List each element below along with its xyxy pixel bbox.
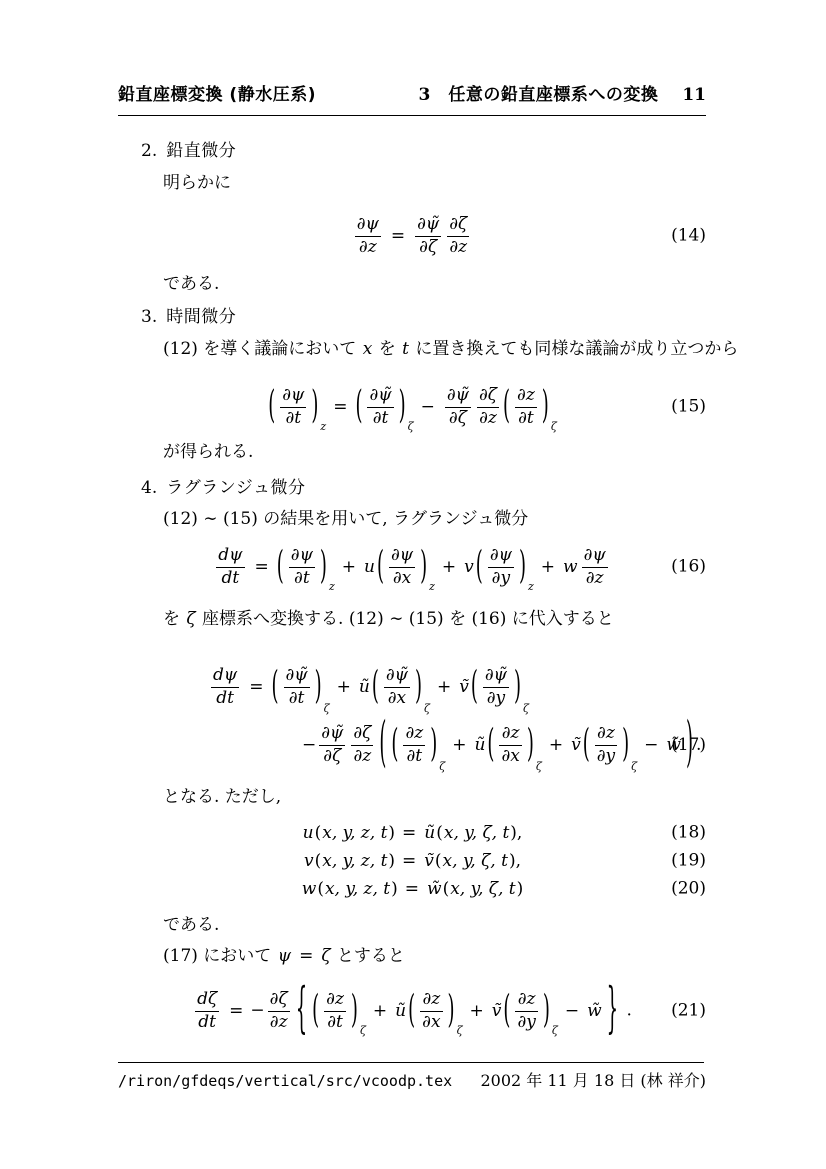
item2-outro-text: である.	[118, 273, 751, 296]
math-den: ∂y	[595, 745, 617, 767]
math-delim: )	[542, 388, 549, 427]
math-frac: ∂ψ̃∂y	[483, 665, 509, 709]
math-group: (∂z∂y)ζ	[502, 989, 557, 1033]
math-var: ψ	[278, 946, 291, 966]
math-frac: dζdt	[195, 989, 219, 1033]
list-item-3-title: 時間微分	[166, 307, 236, 327]
math-text: に置き換えても同様な議論が成り立つから	[410, 339, 738, 359]
page-footer: /riron/gfdeqs/vertical/src/vcoodp.tex 20…	[118, 1070, 706, 1092]
math-group: (∂ψ∂t)z	[267, 385, 326, 429]
math-nu: ∂z	[403, 723, 425, 744]
equation-15-number: (15)	[671, 396, 706, 419]
math-body: ∂ψ∂t	[276, 385, 310, 429]
math-delim: (	[391, 726, 398, 765]
math-body: ∂ψ̃∂t	[280, 665, 314, 709]
equation-15-math: (∂ψ∂t)z=(∂ψ̃∂t)ζ−∂ψ̃∂ζ∂ζ∂z(∂z∂t)ζ	[267, 385, 557, 429]
math-frac: ∂ζ∂z	[268, 989, 290, 1033]
math-op: +	[541, 557, 555, 577]
math-body: ∂ψ∂t	[285, 545, 319, 589]
math-nu: ∂ψ	[488, 545, 514, 566]
equation-16-math: dψdt=(∂ψ∂t)z+u(∂ψ∂x)z+v(∂ψ∂y)z+w∂ψ∂z	[213, 545, 610, 589]
math-den: ∂t	[284, 687, 310, 709]
math-den: ∂t	[367, 407, 393, 429]
math-var: x, y, ζ, t	[450, 879, 515, 899]
math-den: dt	[195, 1011, 219, 1033]
math-var: w̃	[587, 1001, 602, 1021]
equation-19-math: v(x, y, z, t)=ṽ(x, y, ζ, t),	[303, 850, 521, 873]
math-nu: ∂ζ	[477, 385, 499, 406]
math-body: (∂z∂t)ζ+ũ(∂z∂x)ζ+ṽ(∂z∂y)ζ−w̃	[310, 989, 604, 1033]
equation-20-math: w(x, y, z, t)=w̃(x, y, ζ, t)	[301, 878, 524, 901]
math-group: ((∂z∂t)ζ+ũ(∂z∂x)ζ+ṽ(∂z∂y)ζ−w̃)	[376, 723, 696, 767]
math-frac: dψdt	[216, 545, 244, 589]
math-delim: }	[607, 984, 618, 1038]
psi-zeta-line: (17) において ψ=ζ とすると	[118, 945, 751, 968]
math-op: =	[249, 677, 263, 697]
math-nu: ∂ζ	[268, 989, 290, 1010]
math-text: を	[163, 609, 185, 629]
math-text: )	[391, 879, 398, 899]
math-frac: ∂z∂y	[515, 989, 537, 1033]
math-frac: ∂ψ̃∂t	[284, 665, 310, 709]
math-delim: )	[527, 726, 534, 765]
math-op: =	[402, 851, 416, 871]
math-var: w̃	[427, 879, 442, 899]
math-text: −	[250, 1001, 264, 1021]
math-den: ∂t	[403, 745, 425, 767]
math-frac: ∂ψ∂t	[280, 385, 306, 429]
math-delim: {	[296, 984, 307, 1038]
math-text: (	[436, 823, 443, 843]
list-item-4-heading: 4.ラグランジュ微分	[118, 477, 729, 500]
math-op: =	[299, 946, 313, 966]
math-var: ṽ	[459, 677, 469, 697]
math-frac: ∂ζ∂z	[447, 214, 469, 258]
math-text: )	[388, 823, 395, 843]
math-nu: ∂ψ̃	[483, 665, 509, 686]
equation-15: (∂ψ∂t)z=(∂ψ̃∂t)ζ−∂ψ̃∂ζ∂ζ∂z(∂z∂t)ζ (15)	[118, 374, 706, 440]
equation-18: u(x, y, z, t)=ũ(x, y, ζ, t), (18)	[118, 819, 706, 847]
math-delim: )	[430, 726, 437, 765]
math-den: ∂z	[477, 407, 499, 429]
math-nu: ∂z	[595, 723, 617, 744]
math-text: (	[443, 879, 450, 899]
equation-16-number: (16)	[671, 556, 706, 579]
equation-20: w(x, y, z, t)=w̃(x, y, ζ, t) (20)	[118, 875, 706, 903]
list-item-2-heading: 2.鉛直微分	[118, 140, 729, 163]
math-frac: ∂ψ̃∂ζ	[415, 214, 441, 258]
math-var: w	[302, 879, 317, 899]
list-item-2-number: 2.	[141, 141, 157, 161]
math-body: ∂ψ̃∂x	[380, 665, 414, 709]
math-sub: ζ	[324, 702, 330, 715]
equation-14: ∂ψ∂z=∂ψ̃∂ζ∂ζ∂z (14)	[118, 204, 706, 268]
math-frac: ∂ψ̃∂ζ	[445, 385, 471, 429]
math-frac: ∂ψ∂z	[355, 214, 381, 258]
math-group: (∂z∂x)ζ	[486, 723, 541, 767]
math-group: {(∂z∂t)ζ+ũ(∂z∂x)ζ+ṽ(∂z∂y)ζ−w̃}	[293, 989, 621, 1033]
math-text: .	[621, 1001, 632, 1021]
math-text: (17) において	[163, 946, 277, 966]
math-text: )	[388, 851, 395, 871]
math-text: −	[302, 735, 316, 755]
math-frac: ∂ζ∂z	[477, 385, 499, 429]
math-den: ∂ζ	[319, 745, 345, 767]
math-body: ∂ψ∂y	[484, 545, 518, 589]
math-body: ∂z∂x	[495, 723, 525, 767]
math-body: ∂ψ̃∂y	[479, 665, 513, 709]
math-var: ṽ	[571, 735, 581, 755]
math-delim: (	[503, 992, 510, 1031]
equation-21: dζdt=−∂ζ∂z{(∂z∂t)ζ+ũ(∂z∂x)ζ+ṽ(∂z∂y)ζ−w̃}…	[118, 975, 706, 1047]
math-frac: ∂z∂t	[515, 385, 537, 429]
math-den: ∂y	[488, 567, 514, 589]
math-delim: (	[379, 718, 386, 772]
math-var: ζ	[321, 946, 330, 966]
math-frac: ∂z∂x	[420, 989, 442, 1033]
item3-intro-text: (12) を導く議論において x を t に置き換えても同様な議論が成り立つから	[118, 338, 751, 361]
math-frac: ∂ψ̃∂ζ	[319, 723, 345, 767]
footer-divider	[118, 1062, 704, 1063]
math-sub: ζ	[523, 702, 529, 715]
list-item-3-number: 3.	[141, 307, 157, 327]
math-text: (12) を導く議論において	[163, 339, 362, 359]
math-delim: (	[471, 668, 478, 707]
math-group: (∂z∂x)ζ	[407, 989, 462, 1033]
math-var: ṽ	[492, 1001, 502, 1021]
math-nu: ∂ψ̃	[367, 385, 393, 406]
math-delim: )	[315, 668, 322, 707]
math-sub: ζ	[424, 702, 430, 715]
date-author: 2002 年 11 月 18 日 (林 祥介)	[480, 1070, 706, 1092]
math-op: =	[229, 1001, 243, 1021]
math-var: v	[304, 851, 314, 871]
source-file-path: /riron/gfdeqs/vertical/src/vcoodp.tex	[118, 1071, 452, 1091]
math-den: ∂x	[384, 687, 410, 709]
math-den: ∂x	[389, 567, 415, 589]
math-sub: z	[320, 420, 326, 435]
math-delim: (	[408, 992, 415, 1031]
equation-20-number: (20)	[671, 878, 706, 901]
math-op: =	[402, 823, 416, 843]
math-var: ζ	[186, 609, 195, 629]
list-item-3-heading: 3.時間微分	[118, 306, 729, 329]
math-op: −	[565, 1001, 579, 1021]
math-frac: ∂z∂t	[324, 989, 346, 1033]
math-frac: ∂ψ∂x	[389, 545, 415, 589]
math-text: (	[317, 879, 324, 899]
math-delim: )	[448, 992, 455, 1031]
math-frac: ∂ζ∂z	[351, 723, 373, 767]
math-var: t	[402, 339, 409, 359]
document-page: 鉛直座標変換 (静水圧系) 3 任意の鉛直座標系への変換 11 2.鉛直微分 明…	[0, 0, 826, 1169]
math-var: x, y, z, t	[325, 879, 390, 899]
math-group: (∂z∂y)ζ	[582, 723, 637, 767]
math-sub: z	[329, 580, 335, 595]
math-text: ),	[509, 851, 521, 871]
math-delim: )	[415, 668, 422, 707]
math-op: =	[391, 226, 405, 246]
math-frac: ∂z∂t	[403, 723, 425, 767]
item4-mid-text: を ζ 座標系へ変換する. (12) ∼ (15) を (16) に代入すると	[118, 608, 751, 631]
math-body: ∂z∂y	[591, 723, 621, 767]
math-frac: ∂z∂x	[499, 723, 521, 767]
math-group: (∂z∂t)ζ	[390, 723, 445, 767]
math-var: ũ	[474, 735, 485, 755]
math-op: +	[437, 677, 451, 697]
math-group: (∂ψ̃∂x)ζ	[371, 665, 430, 709]
math-nu: ∂ψ̃	[319, 723, 345, 744]
math-var: x, y, z, t	[322, 823, 387, 843]
math-group: (∂z∂t)ζ	[502, 385, 557, 429]
math-sub: ζ	[408, 420, 414, 435]
math-body: ∂z∂y	[511, 989, 541, 1033]
math-frac: ∂z∂y	[595, 723, 617, 767]
math-delim: )	[351, 992, 358, 1031]
equation-17-line2: −∂ψ̃∂ζ∂ζ∂z((∂z∂t)ζ+ũ(∂z∂x)ζ+ṽ(∂z∂y)ζ−w̃)…	[302, 716, 706, 774]
equation-17-line1: dψdt=(∂ψ̃∂t)ζ+ũ(∂ψ̃∂x)ζ+ṽ(∂ψ̃∂y)ζ	[208, 658, 706, 716]
math-var: x, y, ζ, t	[443, 851, 508, 871]
item4-outro-text: となる. ただし,	[118, 786, 751, 809]
math-group: (∂ψ̃∂t)ζ	[354, 385, 413, 429]
math-nu: ∂z	[499, 723, 521, 744]
equation-14-number: (14)	[671, 225, 706, 248]
math-delim: )	[420, 548, 427, 587]
math-den: ∂x	[499, 745, 521, 767]
item4-intro-text: (12) ∼ (15) の結果を用いて, ラグランジュ微分	[118, 508, 751, 531]
math-den: ∂t	[515, 407, 537, 429]
math-text: を	[373, 339, 401, 359]
math-nu: ∂z	[515, 989, 537, 1010]
math-delim: )	[320, 548, 327, 587]
math-body: ∂z∂t	[320, 989, 350, 1033]
list-item-2-title: 鉛直微分	[166, 141, 236, 161]
equation-21-math: dζdt=−∂ζ∂z{(∂z∂t)ζ+ũ(∂z∂x)ζ+ṽ(∂z∂y)ζ−w̃}…	[192, 989, 632, 1033]
math-frac: ∂ψ∂y	[488, 545, 514, 589]
equation-14-math: ∂ψ∂z=∂ψ̃∂ζ∂ζ∂z	[352, 214, 473, 258]
math-body: ∂z∂t	[511, 385, 541, 429]
math-var: v	[464, 557, 474, 577]
math-sub: ζ	[439, 760, 445, 773]
item2-intro-text: 明らかに	[118, 172, 751, 195]
math-nu: ∂ψ	[280, 385, 306, 406]
math-group: (∂ψ∂y)z	[475, 545, 534, 589]
math-op: +	[549, 735, 563, 755]
math-den: ∂t	[289, 567, 315, 589]
math-nu: ∂ψ̃	[415, 214, 441, 235]
math-nu: ∂ψ̃	[384, 665, 410, 686]
math-op: +	[337, 677, 351, 697]
math-sub: ζ	[360, 1024, 366, 1039]
math-frac: ∂ψ̃∂t	[367, 385, 393, 429]
math-var: u	[364, 557, 375, 577]
math-den: ∂y	[483, 687, 509, 709]
math-var: ũ	[424, 823, 435, 843]
math-den: ∂ζ	[445, 407, 471, 429]
equation-17-number: (17)	[671, 735, 706, 755]
math-den: ∂z	[351, 745, 373, 767]
equation-18-math: u(x, y, z, t)=ũ(x, y, ζ, t),	[302, 822, 523, 845]
math-var: ũ	[395, 1001, 406, 1021]
math-text: (	[315, 823, 322, 843]
math-delim: (	[277, 548, 284, 587]
math-var: w	[563, 557, 578, 577]
math-text: ),	[510, 823, 522, 843]
math-nu: dψ	[211, 665, 239, 686]
math-var: u	[303, 823, 314, 843]
math-delim: )	[543, 992, 550, 1031]
math-body: ∂ψ∂x	[385, 545, 419, 589]
math-sub: z	[429, 580, 435, 595]
math-group: (∂ψ̃∂t)ζ	[270, 665, 329, 709]
math-den: dt	[211, 687, 239, 709]
math-delim: (	[476, 548, 483, 587]
page-header: 鉛直座標変換 (静水圧系) 3 任意の鉛直座標系への変換 11	[118, 84, 706, 116]
math-den: dt	[216, 567, 244, 589]
math-group: (∂ψ∂x)z	[376, 545, 435, 589]
math-nu: ∂ζ	[351, 723, 373, 744]
math-delim: (	[372, 668, 379, 707]
math-nu: dζ	[195, 989, 219, 1010]
math-text: )	[517, 879, 524, 899]
math-delim: (	[312, 992, 319, 1031]
math-text: 座標系へ変換する. (12) ∼ (15) を (16) に代入すると	[197, 609, 614, 629]
math-delim: (	[268, 388, 275, 427]
after-equations-text: である.	[118, 914, 751, 937]
math-frac: dψdt	[211, 665, 239, 709]
running-title: 鉛直座標変換 (静水圧系)	[118, 84, 316, 107]
math-den: ∂z	[268, 1011, 290, 1033]
math-nu: ∂z	[515, 385, 537, 406]
math-group: (∂z∂t)ζ	[311, 989, 366, 1033]
math-nu: ∂z	[420, 989, 442, 1010]
math-sub: ζ	[552, 1024, 558, 1039]
math-var: x	[363, 339, 373, 359]
math-text: とすると	[332, 946, 405, 966]
math-nu: ∂ψ̃	[284, 665, 310, 686]
math-delim: (	[487, 726, 494, 765]
section-number: 3	[418, 84, 430, 107]
math-group: (∂ψ̃∂y)ζ	[470, 665, 529, 709]
math-den: ∂ζ	[415, 236, 441, 258]
section-title: 任意の鉛直座標系への変換	[448, 84, 658, 107]
equation-19: v(x, y, z, t)=ṽ(x, y, ζ, t), (19)	[118, 847, 706, 875]
equation-18-number: (18)	[671, 822, 706, 845]
math-text: (	[435, 851, 442, 871]
math-delim: (	[503, 388, 510, 427]
math-body: ∂z∂x	[416, 989, 446, 1033]
math-var: ṽ	[424, 851, 434, 871]
math-sub: z	[528, 580, 534, 595]
math-op: +	[452, 735, 466, 755]
page-number: 11	[682, 84, 706, 107]
math-sub: ζ	[631, 760, 637, 773]
list-item-4-title: ラグランジュ微分	[166, 478, 305, 498]
math-nu: ∂ψ	[582, 545, 608, 566]
math-op: +	[373, 1001, 387, 1021]
math-den: ∂z	[355, 236, 381, 258]
math-sub: ζ	[457, 1024, 463, 1039]
math-nu: ∂z	[324, 989, 346, 1010]
math-op: +	[342, 557, 356, 577]
section-heading: 3 任意の鉛直座標系への変換 11	[418, 84, 706, 107]
math-den: ∂z	[447, 236, 469, 258]
math-nu: ∂ψ̃	[445, 385, 471, 406]
math-delim: )	[622, 726, 629, 765]
math-frac: ∂ψ∂t	[289, 545, 315, 589]
math-delim: )	[519, 548, 526, 587]
equation-21-number: (21)	[671, 1000, 706, 1023]
math-op: =	[405, 879, 419, 899]
math-body: ∂ψ̃∂t	[363, 385, 397, 429]
math-sub: ζ	[551, 420, 557, 435]
math-nu: ∂ψ	[355, 214, 381, 235]
math-op: −	[421, 397, 435, 417]
equation-17: dψdt=(∂ψ̃∂t)ζ+ũ(∂ψ̃∂x)ζ+ṽ(∂ψ̃∂y)ζ −∂ψ̃∂ζ…	[118, 658, 706, 774]
math-op: =	[255, 557, 269, 577]
math-nu: ∂ψ	[289, 545, 315, 566]
math-op: +	[442, 557, 456, 577]
math-frac: ∂ψ̃∂x	[384, 665, 410, 709]
math-var: ũ	[359, 677, 370, 697]
math-group: (∂ψ∂t)z	[276, 545, 335, 589]
math-delim: (	[583, 726, 590, 765]
equation-19-number: (19)	[671, 850, 706, 873]
math-den: ∂t	[324, 1011, 346, 1033]
math-op: +	[470, 1001, 484, 1021]
math-den: ∂y	[515, 1011, 537, 1033]
item3-outro-text: が得られる.	[118, 441, 751, 464]
math-nu: ∂ψ	[389, 545, 415, 566]
math-delim: )	[514, 668, 521, 707]
math-delim: (	[271, 668, 278, 707]
math-den: ∂t	[280, 407, 306, 429]
math-op: =	[333, 397, 347, 417]
math-text: (	[315, 851, 322, 871]
math-body: (∂z∂t)ζ+ũ(∂z∂x)ζ+ṽ(∂z∂y)ζ−w̃	[389, 723, 683, 767]
math-op: −	[644, 735, 658, 755]
math-frac: ∂ψ∂z	[582, 545, 608, 589]
math-den: ∂x	[420, 1011, 442, 1033]
math-nu: dψ	[216, 545, 244, 566]
math-delim: )	[311, 388, 318, 427]
math-sub: ζ	[536, 760, 542, 773]
math-delim: (	[377, 548, 384, 587]
math-den: ∂z	[582, 567, 608, 589]
list-item-4-number: 4.	[141, 478, 157, 498]
math-nu: ∂ζ	[447, 214, 469, 235]
math-var: x, y, ζ, t	[444, 823, 509, 843]
equation-16: dψdt=(∂ψ∂t)z+u(∂ψ∂x)z+v(∂ψ∂y)z+w∂ψ∂z (16…	[118, 534, 706, 600]
math-delim: (	[355, 388, 362, 427]
math-delim: )	[399, 388, 406, 427]
math-body: ∂z∂t	[399, 723, 429, 767]
math-var: x, y, z, t	[322, 851, 387, 871]
